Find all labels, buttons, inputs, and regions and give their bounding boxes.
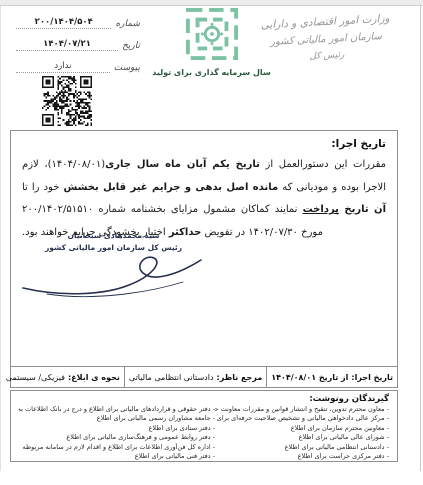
footer-cell-execution: تاریخ اجرا: از تاریخ ۱۴۰۴/۰۸/۰۱ xyxy=(267,367,397,387)
footer-execution-label: تاریخ اجرا: xyxy=(351,373,393,382)
recipients-rows: معاون محترم تدوین، تنقیح و انتشار قوانین… xyxy=(19,405,389,461)
scanned-letter-page: شماره ۲۰۰/۱۴۰۴/۵۰۴ تاریخ ۱۴۰۴/۰۷/۲۱ پیوس… xyxy=(0,0,423,485)
body-text-segment: مانده اصل بدهی و جرایم غیر قابل بخشش xyxy=(63,182,278,193)
footer-info-row: تاریخ اجرا: از تاریخ ۱۴۰۴/۰۸/۰۱ مرجع ناظ… xyxy=(11,366,397,387)
footer-delivery-value: فیزیکی/ سیستمی xyxy=(6,373,65,382)
body-text-segment: خود را تا xyxy=(22,182,63,193)
scan-top-edge xyxy=(0,0,423,6)
recipients-heading: گیرندگان رونوشت: xyxy=(19,394,389,405)
body-text-segment: مقررات این دستورالعمل از xyxy=(260,159,386,170)
recipient-item: دفتر مرکزی حراست برای اطلاع xyxy=(215,452,389,461)
number-value: ۲۰۰/۱۴۰۴/۵۰۴ xyxy=(16,16,111,29)
recipient-item: دفتر ستادی برای اطلاع xyxy=(19,424,215,433)
recipient-row: معاون محترم تدوین، تنقیح و انتشار قوانین… xyxy=(19,405,389,414)
meta-row-date: تاریخ ۱۴۰۴/۰۷/۲۱ xyxy=(16,37,140,51)
footer-supervisor-label: مرجع ناظر: xyxy=(217,373,263,382)
ministry-line-3: رئیس کل xyxy=(252,47,402,65)
footer-delivery-label: نحوه ی ابلاغ: xyxy=(68,373,120,382)
number-label: شماره xyxy=(115,19,140,29)
qr-code xyxy=(42,76,92,126)
ministry-header: وزارت امور اقتصادی و دارایی سازمان امور … xyxy=(250,12,402,65)
meta-row-number: شماره ۲۰۰/۱۴۰۴/۵۰۴ xyxy=(16,15,140,29)
body-text-segment: آن تاریخ xyxy=(339,204,386,215)
ministry-line-2: سازمان امور مالیاتی کشور xyxy=(251,30,401,49)
recipient-item: دفتر روابط عمومی و فرهنگ‌سازی مالیاتی بر… xyxy=(19,433,215,442)
ministry-line-1: وزارت امور اقتصادی و دارایی xyxy=(250,12,400,32)
date-label: تاریخ xyxy=(122,41,140,51)
recipient-item: دفتر فنی مالیاتی برای اطلاع xyxy=(19,452,215,461)
recipient-row: شورای عالی مالیاتی برای اطلاعدفتر روابط … xyxy=(19,433,389,442)
recipient-item: جامعه مشاوران رسمی مالیاتی برای اطلاع xyxy=(19,414,215,423)
execution-date-heading: تاریخ اجرا: xyxy=(22,138,386,150)
recipient-row: دفتر مرکزی حراست برای اطلاعدفتر فنی مالی… xyxy=(19,452,389,461)
recipient-row: معاونین محترم سازمان برای اطلاعدفتر ستاد… xyxy=(19,424,389,433)
recipient-item: مرکز عالی دادخواهی مالیاتی و تشخیص صلاحی… xyxy=(215,414,389,423)
signatory-title: رئیس کل سازمان امور مالیاتی کشور xyxy=(31,243,196,252)
year-slogan: سال سرمایه گذاری برای تولید xyxy=(0,68,423,77)
recipient-item: اداره کل فن‌آوری اطلاعات برای اطلاع و اق… xyxy=(19,443,215,452)
recipient-item: دفتر حقوقی و قراردادهای مالیاتی برای اطل… xyxy=(19,405,215,414)
recipient-item: شورای عالی مالیاتی برای اطلاع xyxy=(215,433,389,442)
recipient-item: معاونین محترم سازمان برای اطلاع xyxy=(215,424,389,433)
body-text-segment: تاریخ یکم آبان ماه سال جاری xyxy=(105,159,260,170)
recipients-box: گیرندگان رونوشت: معاون محترم تدوین، تنقی… xyxy=(10,390,398,462)
recipient-row: مرکز عالی دادخواهی مالیاتی و تشخیص صلاحی… xyxy=(19,414,389,423)
date-value: ۱۴۰۴/۰۷/۲۱ xyxy=(16,38,118,51)
handwritten-signature-icon xyxy=(17,244,207,306)
tax-administration-emblem-icon xyxy=(185,7,239,65)
body-text-segment: پرداخت xyxy=(303,204,339,215)
recipient-item: معاون محترم تدوین، تنقیح و انتشار قوانین… xyxy=(215,405,389,414)
signature-block: سید محمدهادی سبحانیان رئیس کل سازمان امو… xyxy=(31,231,196,252)
footer-execution-value: از تاریخ ۱۴۰۴/۰۸/۰۱ xyxy=(271,373,348,382)
footer-supervisor-value: دادستانی انتظامی مالیاتی xyxy=(129,373,214,382)
signatory-name: سید محمدهادی سبحانیان xyxy=(31,231,196,240)
footer-cell-supervisor: مرجع ناظر: دادستانی انتظامی مالیاتی xyxy=(125,367,267,387)
footer-cell-delivery: نحوه ی ابلاغ: فیزیکی/ سیستمی xyxy=(2,367,125,387)
recipient-item: دادستانی انتظامی مالیاتی برای اطلاع xyxy=(215,443,389,452)
recipient-row: دادستانی انتظامی مالیاتی برای اطلاعاداره… xyxy=(19,443,389,452)
directive-body-box: تاریخ اجرا: مقررات این دستورالعمل از تار… xyxy=(10,130,398,388)
